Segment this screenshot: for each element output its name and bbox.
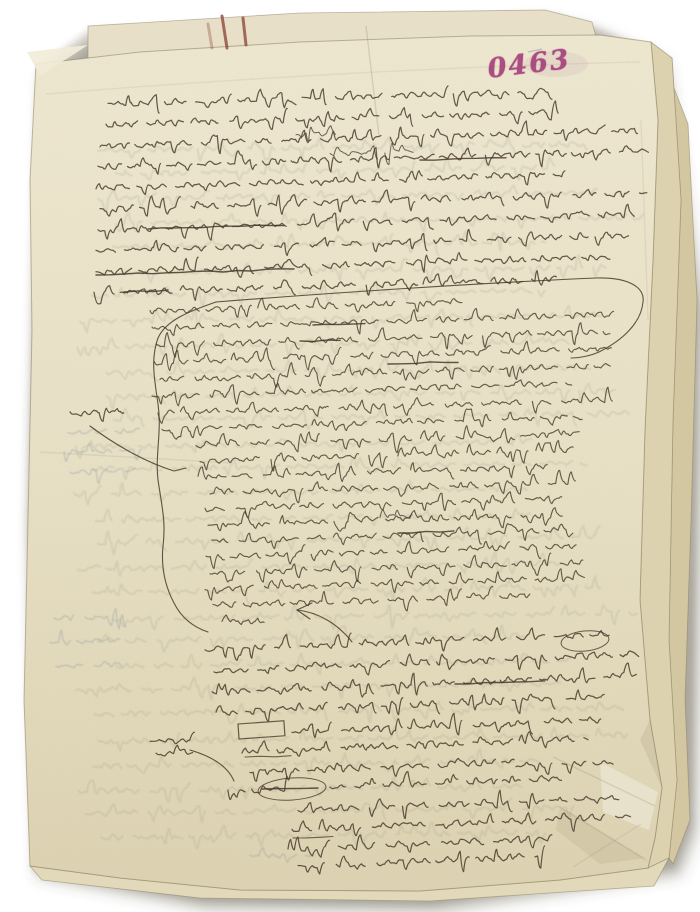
manuscript-drawing [0, 0, 700, 912]
manuscript-photo: 0463 [0, 0, 700, 912]
